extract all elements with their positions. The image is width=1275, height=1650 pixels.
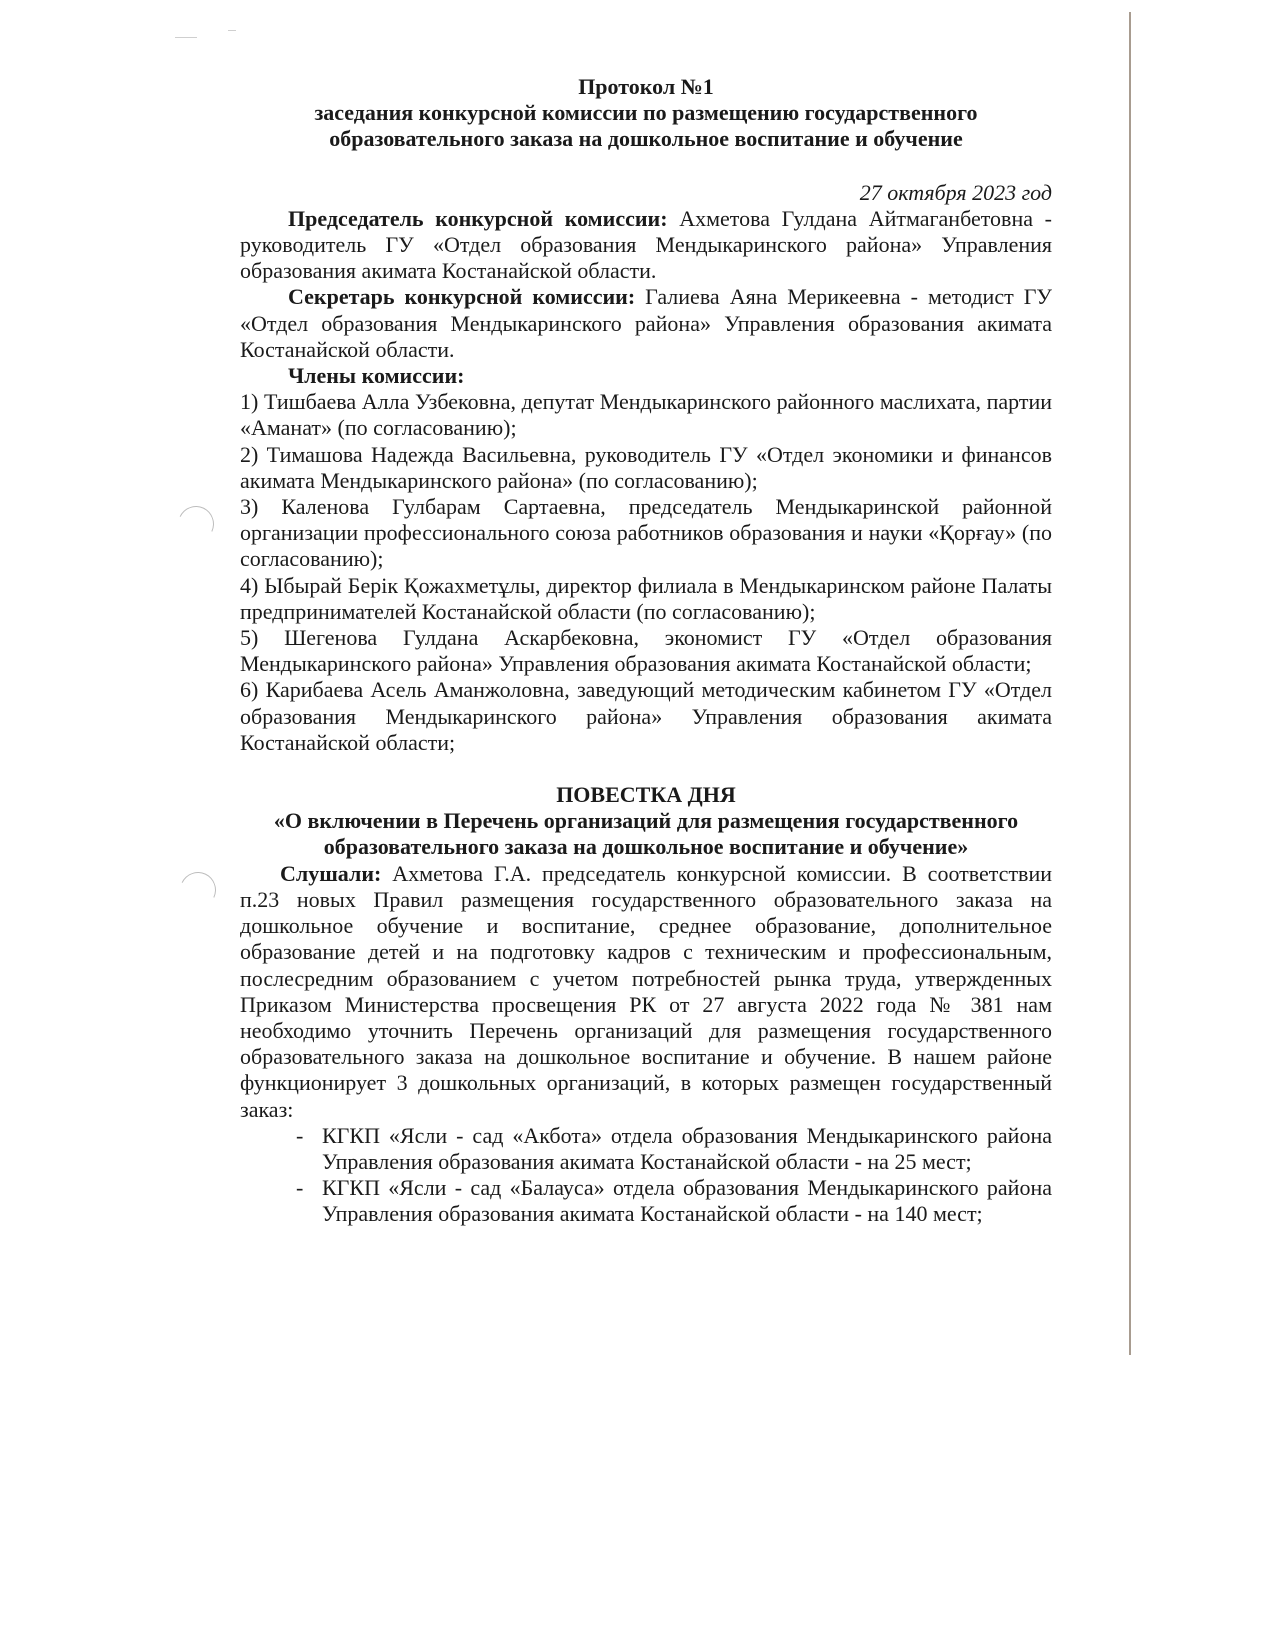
member-item: 5) Шегенова Гулдана Аскарбековна, эконом…: [240, 625, 1052, 677]
document-title: Протокол №1: [240, 74, 1052, 100]
organization-item: -КГКП «Ясли - сад «Акбота» отдела образо…: [240, 1123, 1052, 1175]
members-list: 1) Тишбаева Алла Узбековна, депутат Менд…: [240, 389, 1052, 756]
heard-label: Слушали:: [280, 861, 381, 886]
bullet-dash: -: [296, 1123, 303, 1149]
chairman-label: Председатель конкурсной комиссии:: [288, 206, 668, 231]
punch-hole-mark: [173, 501, 219, 547]
secretary-paragraph: Секретарь конкурсной комиссии: Галиева А…: [240, 284, 1052, 363]
heard-paragraph: Слушали: Ахметова Г.А. председатель конк…: [240, 861, 1052, 1123]
document-page: Протокол №1 заседания конкурсной комисси…: [240, 74, 1052, 1228]
scan-artifact: [175, 37, 197, 38]
member-item: 2) Тимашова Надежда Васильевна, руководи…: [240, 442, 1052, 494]
heard-text: Ахметова Г.А. председатель конкурсной ко…: [240, 861, 1052, 1122]
organization-item: -КГКП «Ясли - сад «Балауса» отдела образ…: [240, 1175, 1052, 1227]
punch-hole-mark: [175, 867, 221, 913]
document-subtitle: заседания конкурсной комиссии по размеще…: [240, 100, 1052, 152]
document-date: 27 октября 2023 год: [240, 180, 1052, 206]
member-item: 3) Каленова Гулбарам Сартаевна, председа…: [240, 494, 1052, 573]
organizations-list: -КГКП «Ясли - сад «Акбота» отдела образо…: [240, 1123, 1052, 1228]
agenda-heading: ПОВЕСТКА ДНЯ: [240, 782, 1052, 808]
members-label: Члены комиссии:: [240, 363, 1052, 389]
secretary-label: Секретарь конкурсной комиссии:: [288, 284, 635, 309]
member-item: 6) Карибаева Асель Аманжоловна, заведующ…: [240, 677, 1052, 756]
chairman-paragraph: Председатель конкурсной комиссии: Ахмето…: [240, 206, 1052, 285]
organization-text: КГКП «Ясли - сад «Акбота» отдела образов…: [322, 1123, 1052, 1174]
member-item: 1) Тишбаева Алла Узбековна, депутат Менд…: [240, 389, 1052, 441]
scan-border-line: [1129, 12, 1131, 1355]
scan-artifact: [228, 30, 236, 31]
agenda-topic: «О включении в Перечень организаций для …: [240, 808, 1052, 860]
member-item: 4) Ыбырай Берік Қожахметұлы, директор фи…: [240, 573, 1052, 625]
organization-text: КГКП «Ясли - сад «Балауса» отдела образо…: [322, 1175, 1052, 1226]
bullet-dash: -: [296, 1175, 303, 1201]
